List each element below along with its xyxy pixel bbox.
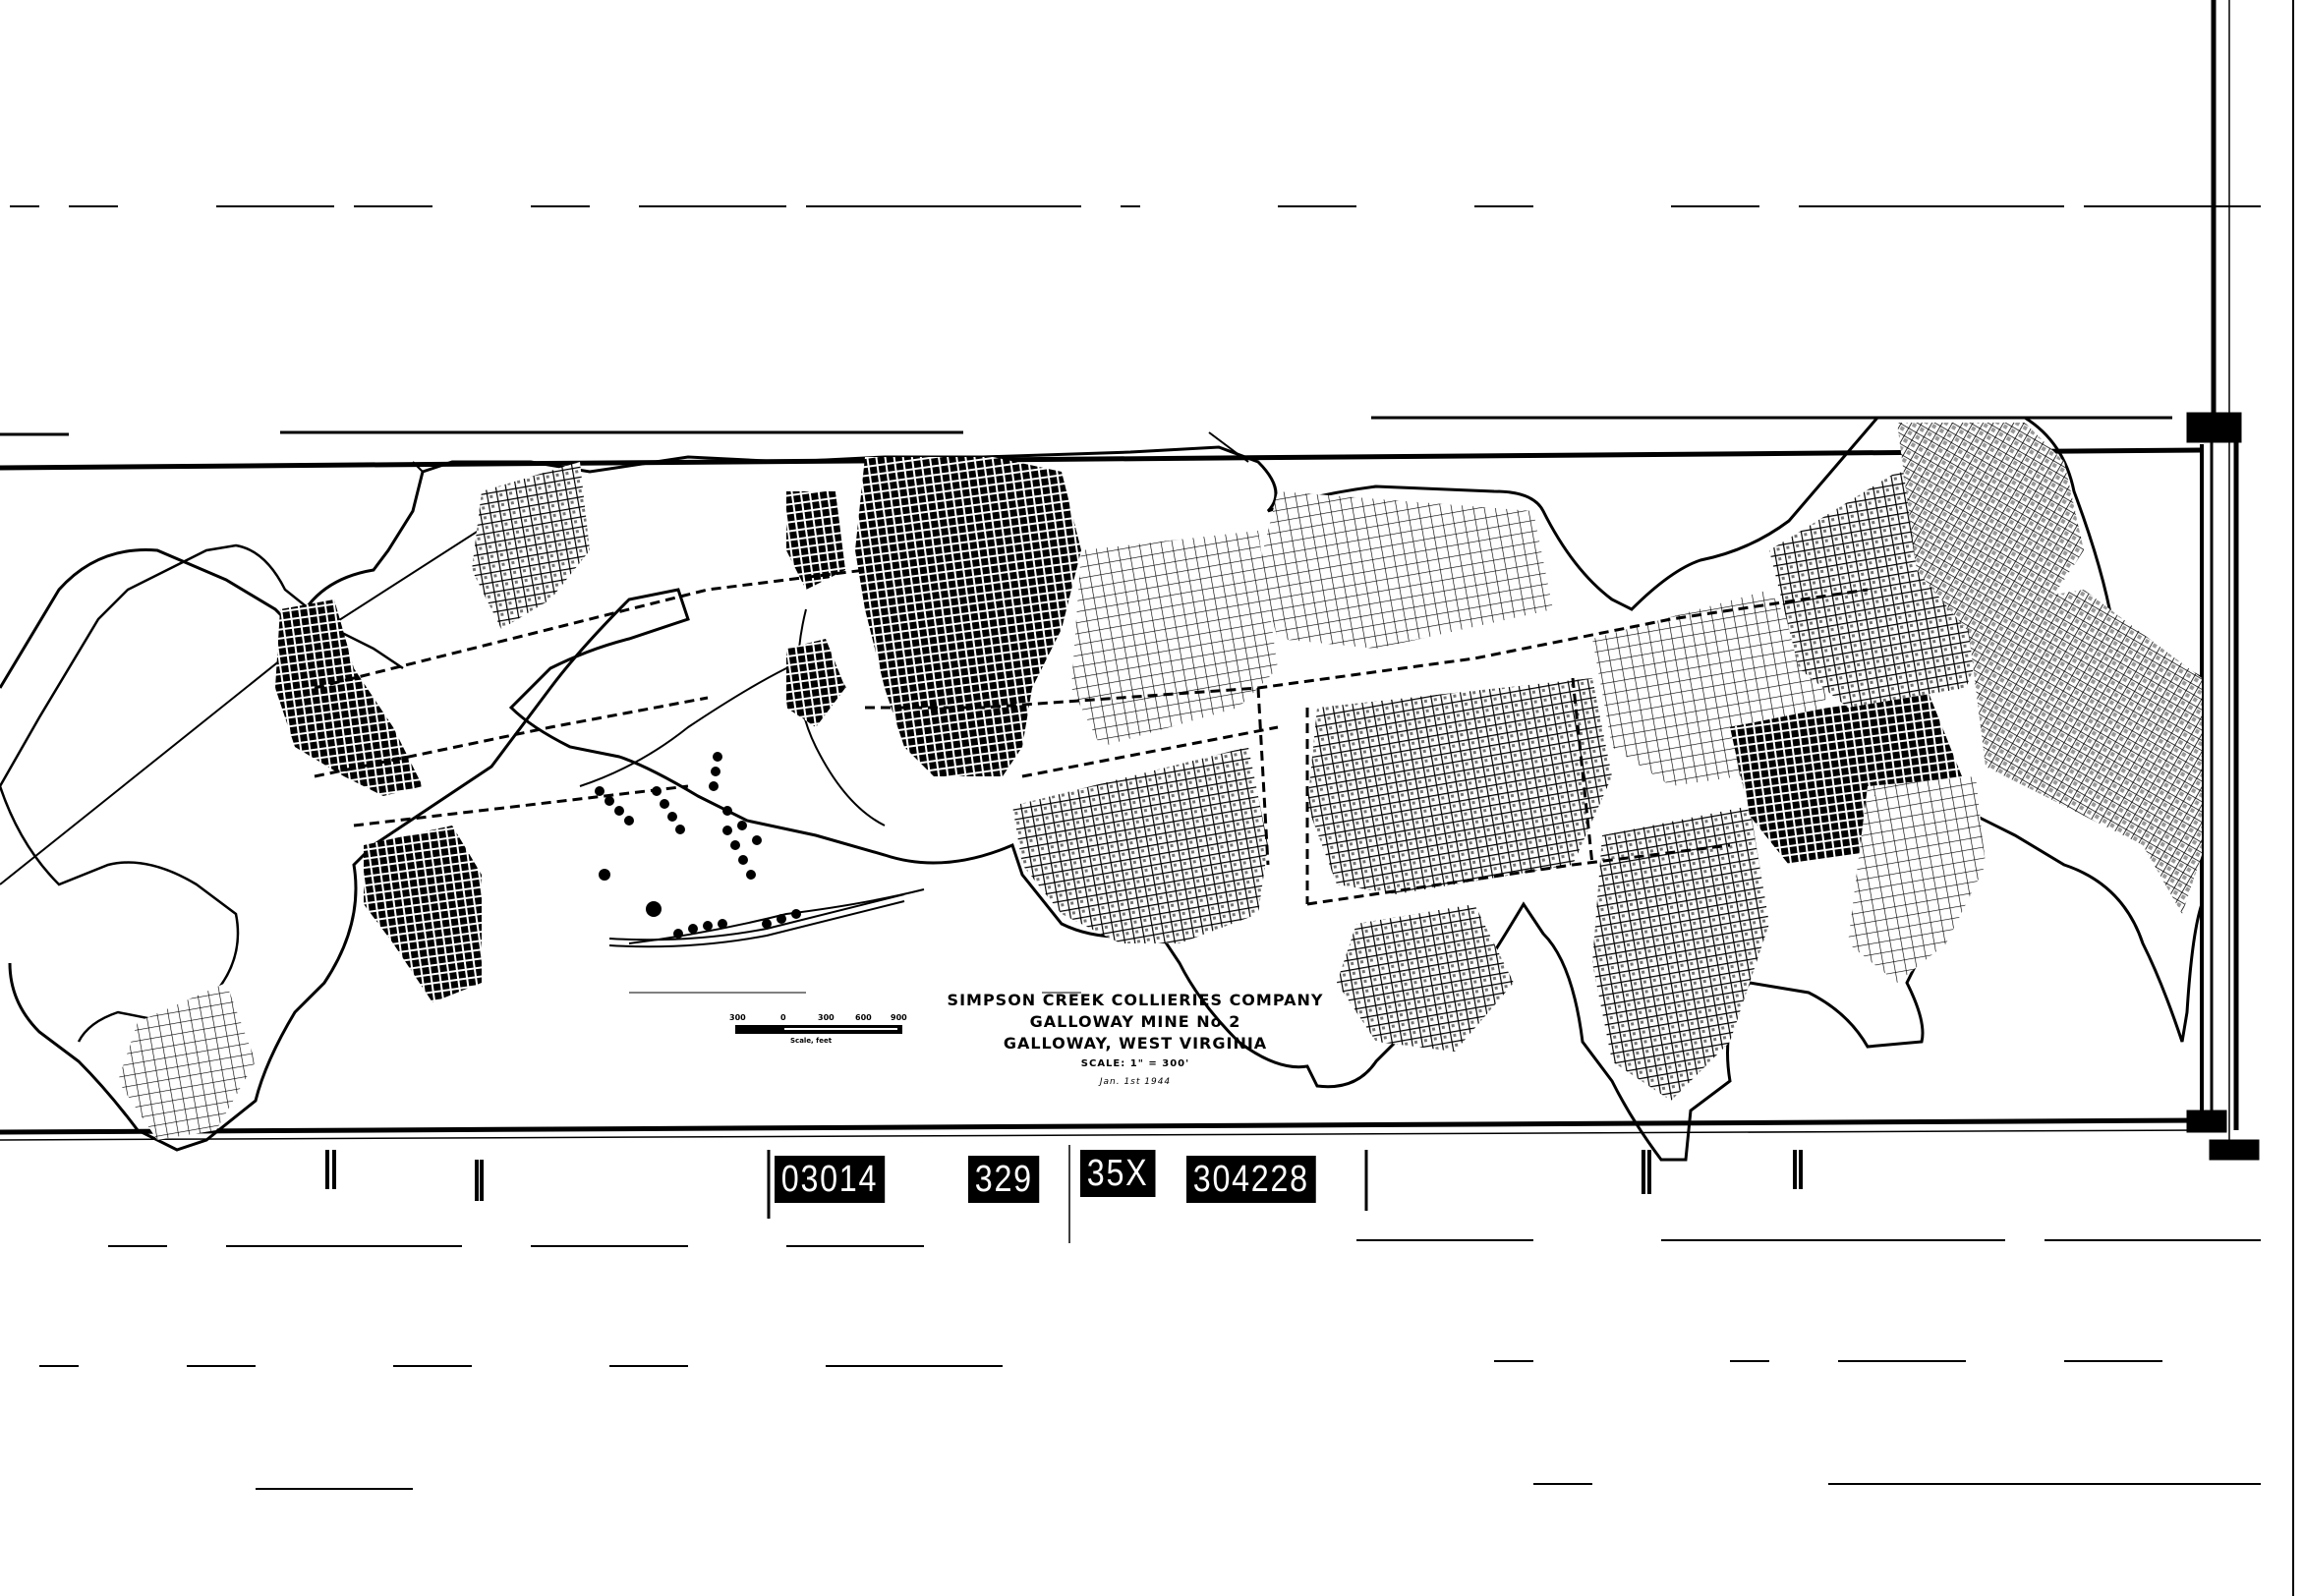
scale-caption: Scale, feet xyxy=(790,1037,832,1045)
mine-map-drawing xyxy=(0,0,2304,1596)
film-label-reel: 03014 xyxy=(775,1156,885,1203)
map-title-block: SIMPSON CREEK COLLIERIES COMPANY GALLOWA… xyxy=(929,990,1342,1090)
scale-tick: 0 xyxy=(780,1013,786,1022)
film-label-frame: 329 xyxy=(968,1156,1040,1203)
map-date: Jan. 1st 1944 xyxy=(929,1074,1342,1090)
scale-text: SCALE: 1" = 300' xyxy=(929,1056,1342,1072)
company-name: SIMPSON CREEK COLLIERIES COMPANY xyxy=(929,990,1342,1011)
house-markers xyxy=(595,752,801,939)
mine-name: GALLOWAY MINE No 2 xyxy=(929,1011,1342,1033)
lower-scan-lines xyxy=(39,1240,2261,1489)
film-label-format: 35X xyxy=(1080,1150,1155,1197)
scale-bar: 300 0 300 600 900 Scale, feet xyxy=(729,1013,906,1053)
scale-tick: 900 xyxy=(891,1013,907,1022)
location-name: GALLOWAY, WEST VIRGINIA xyxy=(929,1033,1342,1054)
scale-tick: 300 xyxy=(818,1013,835,1022)
scale-tick: 600 xyxy=(855,1013,872,1022)
film-label-id: 304228 xyxy=(1186,1156,1316,1203)
scale-tick-labels: 300 0 300 600 900 xyxy=(729,1013,906,1025)
left-lobe-boundary xyxy=(0,545,403,1042)
scale-strip xyxy=(735,1025,902,1034)
scale-tick: 300 xyxy=(729,1013,746,1022)
frame-tick-marks xyxy=(327,1145,1801,1243)
